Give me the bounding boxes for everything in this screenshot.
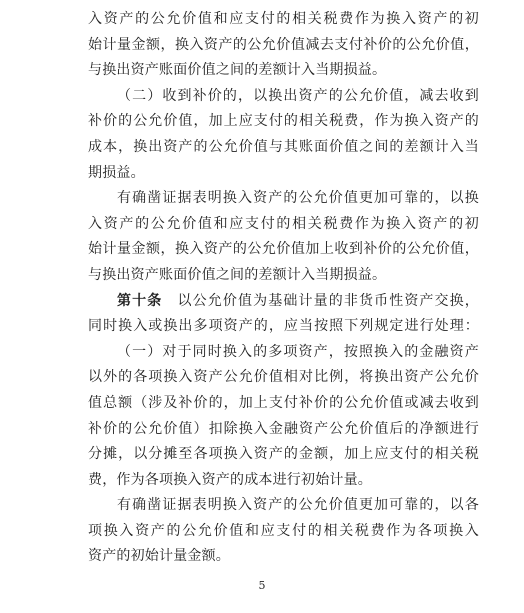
text-line: 项换入资产的公允价值和应支付的相关税费作为各项换入 xyxy=(88,519,479,545)
text-segment: 以公允价值为基础计量的非货币性资产交换， xyxy=(162,293,479,309)
text-segment: （一）对于同时换入的多项资产，按照换入的金融资产 xyxy=(117,344,479,360)
text-segment: 有确凿证据表明换入资产的公允价值更加可靠的，以各 xyxy=(117,497,479,513)
text-segment: 成本，换出资产的公允价值与其账面价值之间的差额计入当 xyxy=(88,139,479,155)
text-segment: 有确凿证据表明换入资产的公允价值更加可靠的，以换 xyxy=(117,190,479,206)
text-segment: 补价的公允价值，加上应支付的相关税费，作为换入资产的 xyxy=(88,113,479,129)
text-line: 始计量金额，换入资产的公允价值加上收到补价的公允价值， xyxy=(88,237,479,263)
text-line: 成本，换出资产的公允价值与其账面价值之间的差额计入当 xyxy=(88,135,479,161)
text-line: 第十条 以公允价值为基础计量的非货币性资产交换， xyxy=(88,289,479,315)
text-line: 始计量金额，换入资产的公允价值减去支付补价的公允价值， xyxy=(88,33,479,59)
text-line: 补价的公允价值）扣除换入金融资产公允价值后的净额进行 xyxy=(88,417,479,443)
page-footer: 5 xyxy=(0,579,524,592)
para-item-2: （二）收到补价的，以换出资产的公允价值，减去收到补价的公允价值，加上应支付的相关… xyxy=(88,84,479,186)
text-segment: 值总额（涉及补价的，加上支付补价的公允价值或减去收到 xyxy=(88,395,479,411)
text-line: 以外的各项换入资产公允价值相对比例，将换出资产公允价 xyxy=(88,365,479,391)
text-segment: 与换出资产账面价值之间的差额计入当期损益。 xyxy=(88,62,386,78)
text-segment: 期损益。 xyxy=(88,165,145,181)
para-continuation-item-1: 入资产的公允价值和应支付的相关税费作为换入资产的初始计量金额，换入资产的公允价值… xyxy=(88,7,479,84)
text-line: 资产的初始计量金额。 xyxy=(88,544,479,570)
text-segment: 同时换入或换出多项资产的，应当按照下列规定进行处理： xyxy=(88,318,479,334)
text-line: （一）对于同时换入的多项资产，按照换入的金融资产 xyxy=(88,340,479,366)
text-segment: 分摊，以分摊至各项换入资产的金额，加上应支付的相关税 xyxy=(88,446,479,462)
document-page: 入资产的公允价值和应支付的相关税费作为换入资产的初始计量金额，换入资产的公允价值… xyxy=(0,0,524,613)
text-line: （二）收到补价的，以换出资产的公允价值，减去收到 xyxy=(88,84,479,110)
text-line: 同时换入或换出多项资产的，应当按照下列规定进行处理： xyxy=(88,314,479,340)
text-segment: 资产的初始计量金额。 xyxy=(88,548,230,564)
text-segment: （二）收到补价的，以换出资产的公允价值，减去收到 xyxy=(117,88,479,104)
document-body: 入资产的公允价值和应支付的相关税费作为换入资产的初始计量金额，换入资产的公允价值… xyxy=(88,7,479,570)
text-segment: 费，作为各项换入资产的成本进行初始计量。 xyxy=(88,472,372,488)
text-line: 与换出资产账面价值之间的差额计入当期损益。 xyxy=(88,263,479,289)
text-segment: 以外的各项换入资产公允价值相对比例，将换出资产公允价 xyxy=(88,369,479,385)
para-article-10-item-1: （一）对于同时换入的多项资产，按照换入的金融资产以外的各项换入资产公允价值相对比… xyxy=(88,340,479,494)
text-segment: 始计量金额，换入资产的公允价值加上收到补价的公允价值， xyxy=(88,241,479,257)
text-segment: 补价的公允价值）扣除换入金融资产公允价值后的净额进行 xyxy=(88,421,479,437)
article-number: 第十条 xyxy=(117,293,162,309)
text-line: 补价的公允价值，加上应支付的相关税费，作为换入资产的 xyxy=(88,109,479,135)
text-line: 入资产的公允价值和应支付的相关税费作为换入资产的初 xyxy=(88,212,479,238)
para-article-10: 第十条 以公允价值为基础计量的非货币性资产交换，同时换入或换出多项资产的，应当按… xyxy=(88,289,479,340)
text-segment: 与换出资产账面价值之间的差额计入当期损益。 xyxy=(88,267,386,283)
text-segment: 入资产的公允价值和应支付的相关税费作为换入资产的初 xyxy=(88,216,479,232)
text-line: 值总额（涉及补价的，加上支付补价的公允价值或减去收到 xyxy=(88,391,479,417)
text-segment: 入资产的公允价值和应支付的相关税费作为换入资产的初 xyxy=(88,11,479,27)
text-segment: 始计量金额，换入资产的公允价值减去支付补价的公允价值， xyxy=(88,37,479,53)
text-line: 与换出资产账面价值之间的差额计入当期损益。 xyxy=(88,58,479,84)
text-line: 入资产的公允价值和应支付的相关税费作为换入资产的初 xyxy=(88,7,479,33)
text-line: 分摊，以分摊至各项换入资产的金额，加上应支付的相关税 xyxy=(88,442,479,468)
text-line: 期损益。 xyxy=(88,161,479,187)
text-line: 有确凿证据表明换入资产的公允价值更加可靠的，以换 xyxy=(88,186,479,212)
para-evidence-rule-2: 有确凿证据表明换入资产的公允价值更加可靠的，以各项换入资产的公允价值和应支付的相… xyxy=(88,493,479,570)
para-evidence-rule-1: 有确凿证据表明换入资产的公允价值更加可靠的，以换入资产的公允价值和应支付的相关税… xyxy=(88,186,479,288)
text-line: 费，作为各项换入资产的成本进行初始计量。 xyxy=(88,468,479,494)
text-segment: 项换入资产的公允价值和应支付的相关税费作为各项换入 xyxy=(88,523,479,539)
page-number: 5 xyxy=(259,579,266,592)
text-line: 有确凿证据表明换入资产的公允价值更加可靠的，以各 xyxy=(88,493,479,519)
